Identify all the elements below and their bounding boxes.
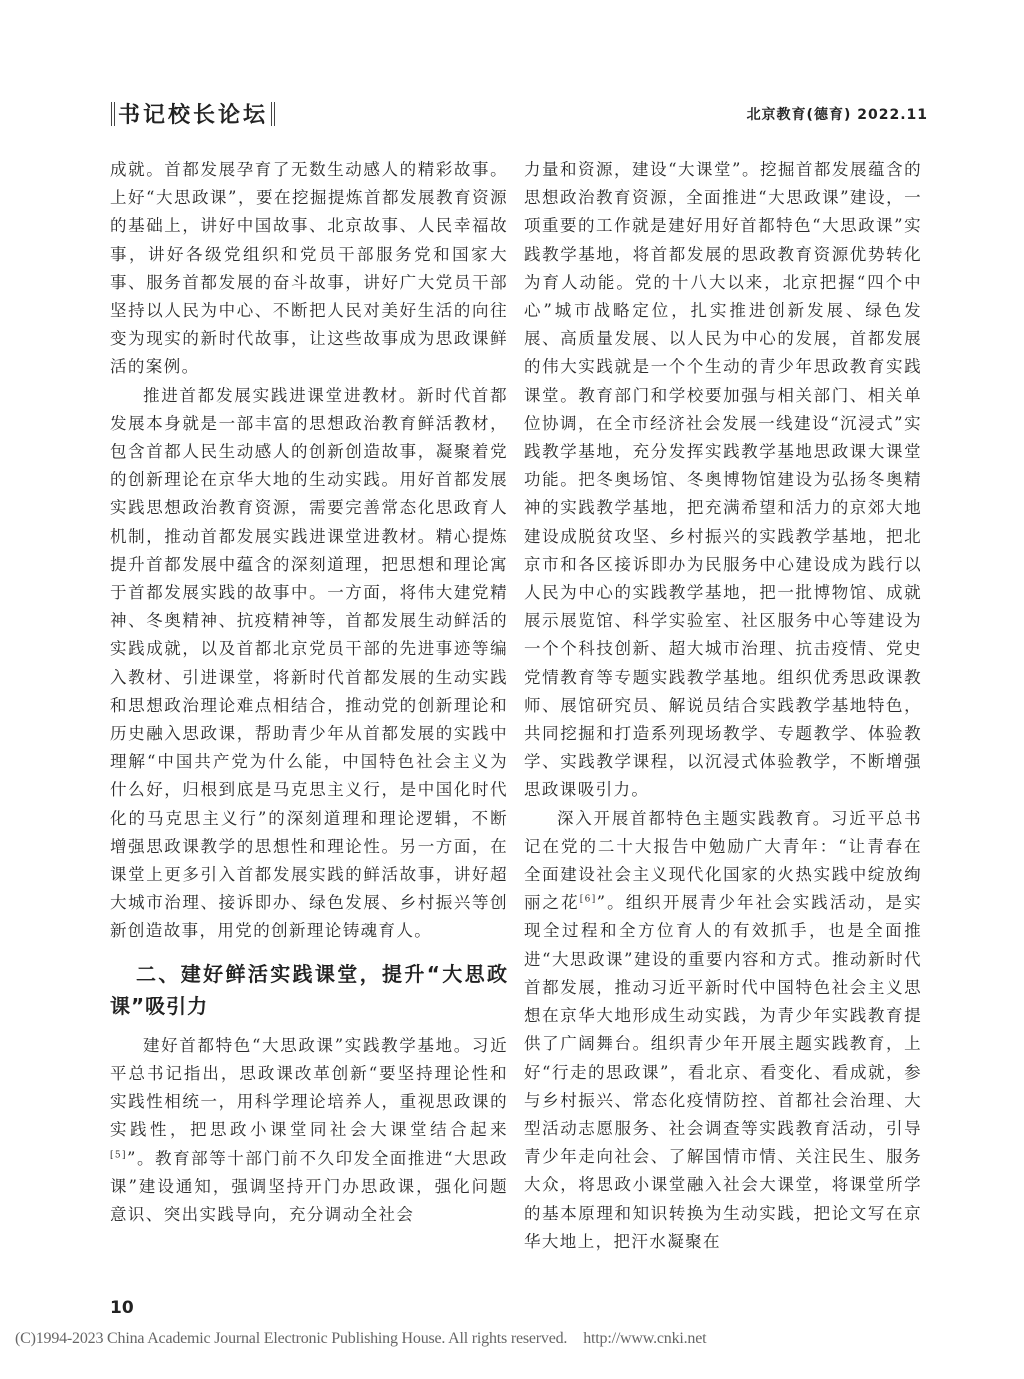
citation-ref: [5] [110, 1150, 127, 1160]
running-header: 书记校长论坛 北京教育(德育) 2022.11 [108, 98, 928, 128]
citation-ref: [6] [580, 895, 597, 905]
column-title-text: 书记校长论坛 [118, 98, 268, 129]
paragraph-text: 建好首都特色“大思政课”实践教学基地。习近平总书记指出，思政课改革创新“要坚持理… [110, 1036, 508, 1140]
title-bar-right-decoration [271, 102, 275, 126]
paragraph-text: ”。教育部等十部门前不久印发全面推进“大思政课”建设通知，强调坚持开门办思政课，… [110, 1149, 508, 1224]
copyright-text: (C)1994-2023 China Academic Journal Elec… [15, 1330, 567, 1347]
copyright-footer: (C)1994-2023 China Academic Journal Elec… [15, 1330, 706, 1348]
title-bar-left-decoration [111, 102, 115, 126]
paragraph: 成就。首都发展孕育了无数生动感人的精彩故事。上好“大思政课”，要在挖掘提炼首都发… [110, 156, 508, 382]
page-number: 10 [110, 1298, 134, 1318]
paragraph-text: ”。组织开展青少年社会实践活动，是实现全过程和全方位育人的有效抓手，也是全面推进… [524, 893, 922, 1250]
right-column: 力量和资源，建设“大课堂”。挖掘首都发展蕴含的思想政治教育资源，全面推进“大思政… [524, 156, 922, 1256]
section-heading: 二、建好鲜活实践课堂，提升“大思政课”吸引力 [110, 958, 508, 1022]
journal-issue: 北京教育(德育) 2022.11 [747, 104, 928, 124]
paragraph: 建好首都特色“大思政课”实践教学基地。习近平总书记指出，思政课改革创新“要坚持理… [110, 1032, 508, 1229]
paragraph: 深入开展首都特色主题实践教育。习近平总书记在党的二十大报告中勉励广大青年：“让青… [524, 805, 922, 1256]
paragraph: 力量和资源，建设“大课堂”。挖掘首都发展蕴含的思想政治教育资源，全面推进“大思政… [524, 156, 922, 805]
paragraph: 推进首都发展实践进课堂进教材。新时代首都发展本身就是一部丰富的思想政治教育鲜活教… [110, 382, 508, 946]
cnki-url: http://www.cnki.net [583, 1330, 706, 1347]
left-column: 成就。首都发展孕育了无数生动感人的精彩故事。上好“大思政课”，要在挖掘提炼首都发… [110, 156, 508, 1229]
column-title: 书记校长论坛 [108, 98, 278, 129]
